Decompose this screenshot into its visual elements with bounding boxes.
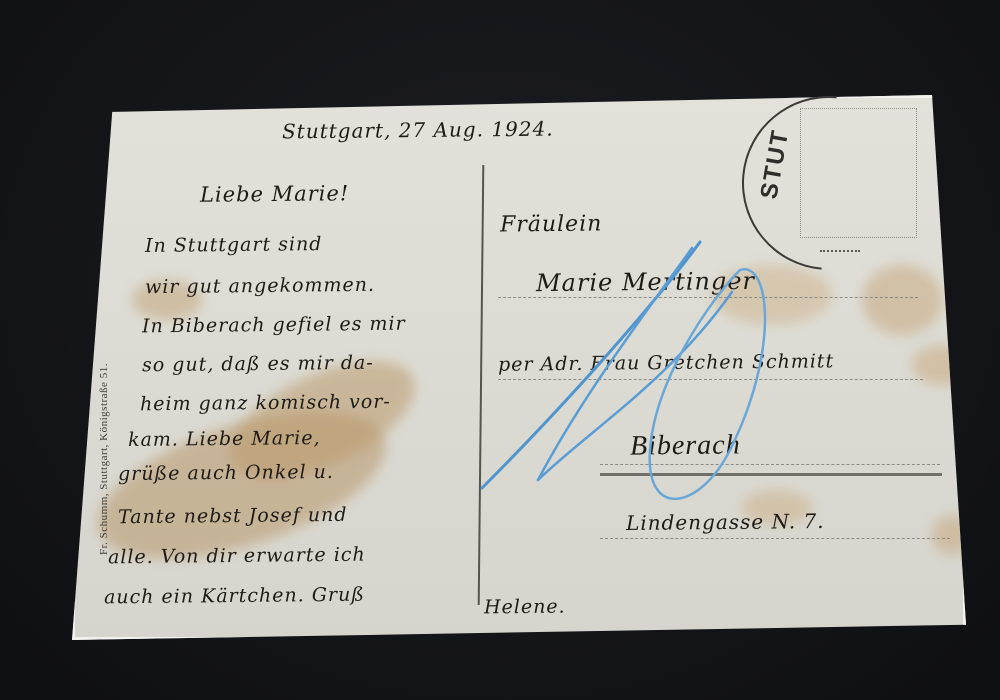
dotted-mark bbox=[820, 250, 860, 252]
stain bbox=[932, 515, 972, 555]
message-line: In Stuttgart sind bbox=[145, 233, 323, 257]
message-line: alle. Von dir erwarte ich bbox=[108, 544, 366, 569]
stamp-box bbox=[800, 108, 917, 238]
message-line: so gut, daß es mir da- bbox=[142, 352, 374, 376]
message-line: In Biberach gefiel es mir bbox=[142, 313, 406, 338]
stain bbox=[862, 265, 942, 335]
message-line: wir gut angekommen. bbox=[145, 274, 375, 298]
message-line: grüße auch Onkel u. bbox=[118, 461, 334, 485]
printer-imprint: Fr. Schumm, Stuttgart, Königstraße 51. bbox=[98, 363, 110, 555]
address-line bbox=[600, 538, 950, 539]
signature: Helene. bbox=[484, 596, 566, 619]
salutation: Liebe Marie! bbox=[200, 181, 350, 207]
message-line: Tante nebst Josef und bbox=[118, 504, 348, 528]
date-line: Stuttgart, 27 Aug. 1924. bbox=[282, 117, 554, 144]
message-line: auch ein Kärtchen. Gruß bbox=[104, 584, 365, 609]
blue-crayon-mark bbox=[470, 230, 790, 530]
message-line: heim ganz komisch vor- bbox=[140, 391, 391, 416]
message-line: kam. Liebe Marie, bbox=[128, 427, 321, 451]
